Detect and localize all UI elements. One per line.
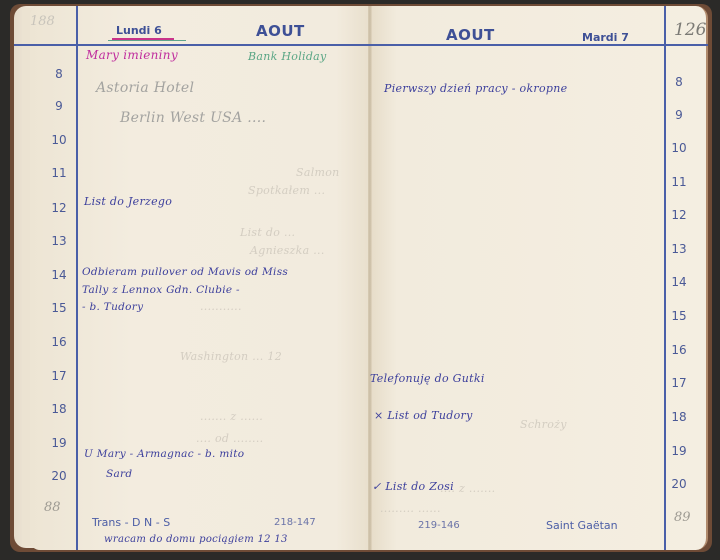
left-margin-rule (76, 6, 78, 550)
hour-label: 13 (664, 242, 694, 256)
left-footer-day-count: 218-147 (274, 517, 316, 528)
left-month-label: AOUT (256, 22, 305, 40)
bleedthrough-text: Spotkałem ... (248, 184, 325, 197)
top-page-number: 126 (674, 20, 706, 40)
left-day-label: Lundi 6 (116, 24, 162, 37)
hour-label: 20 (44, 469, 74, 483)
hour-label: 11 (664, 175, 694, 189)
entry-tudory: - b. Tudory (82, 301, 143, 313)
entry-bank-holiday: Bank Holiday (248, 50, 327, 63)
hour-label: 12 (44, 201, 74, 215)
bleedthrough-text: Washington ... 12 (180, 350, 282, 363)
entry-lennox-club: Tally z Lennox Gdn. Clubie - (82, 284, 240, 296)
right-corner-page-number: 89 (674, 510, 691, 525)
left-corner-page-number: 88 (44, 500, 61, 515)
hour-label: 13 (44, 234, 74, 248)
left-corner-ghost: 188 (30, 14, 55, 29)
entry-list-do-zosi: ✓ List do Zosi (372, 480, 454, 493)
bleedthrough-text: ....... z ...... (200, 410, 263, 423)
hour-label: 14 (664, 275, 694, 289)
right-footer-day-count: 219-146 (418, 520, 460, 531)
hour-label: 18 (44, 402, 74, 416)
entry-odbieram-pullover: Odbieram pullover od Mavis od Miss (82, 266, 288, 278)
hour-label: 12 (664, 208, 694, 222)
bleedthrough-text: Salmon (296, 166, 340, 179)
hour-label: 17 (44, 369, 74, 383)
entry-sard: Sard (106, 468, 132, 480)
hour-label: 20 (664, 477, 694, 491)
hour-label: 8 (664, 75, 694, 89)
book-gutter (368, 6, 372, 550)
left-page (30, 6, 370, 550)
hour-label: 14 (44, 268, 74, 282)
entry-u-mary-armagnac: U Mary - Armagnac - b. mito (84, 448, 244, 460)
bleedthrough-text: Agnieszka ... (250, 244, 325, 257)
entry-list-od-tudory: × List od Tudory (374, 409, 473, 422)
entry-list-do-jerzego: List do Jerzego (84, 195, 172, 208)
right-footer-saint: Saint Gaëtan (546, 519, 618, 532)
hour-label: 15 (44, 301, 74, 315)
hour-label: 16 (664, 343, 694, 357)
entry-telefonuje-do-gutki: Telefonuję do Gutki (370, 372, 485, 385)
bleedthrough-text: .... od ........ (196, 432, 263, 445)
hour-label: 15 (664, 309, 694, 323)
entry-wracam-do-domu: wracam do domu pociągiem 12 13 (104, 534, 288, 545)
hour-label: 19 (664, 444, 694, 458)
hour-label: 8 (44, 67, 74, 81)
bleedthrough-text: ......... ...... (380, 502, 441, 515)
hour-label: 18 (664, 410, 694, 424)
hour-label: 19 (44, 436, 74, 450)
left-footer-code: Trans - D N - S (92, 516, 170, 529)
hour-label: 9 (44, 99, 74, 113)
entry-pierwszy-dzien-pracy: Pierwszy dzień pracy - okropne (384, 82, 567, 95)
bleedthrough-text: ........... (200, 300, 242, 313)
hour-label: 17 (664, 376, 694, 390)
hour-label: 11 (44, 166, 74, 180)
entry-mary-imieniny: Mary imieniny (86, 48, 178, 62)
header-rule (14, 44, 708, 46)
right-day-label: Mardi 7 (582, 31, 629, 44)
hour-label: 10 (664, 141, 694, 155)
bleedthrough-text: List do ... (240, 226, 295, 239)
entry-berlin-west: Berlin West USA .... (120, 110, 266, 126)
entry-astoria-hotel: Astoria Hotel (96, 80, 194, 96)
hour-label: 16 (44, 335, 74, 349)
hour-label: 9 (664, 108, 694, 122)
hour-label: 10 (44, 133, 74, 147)
day-underline-green (108, 40, 186, 41)
right-month-label: AOUT (446, 26, 495, 44)
bleedthrough-text: Schroży (520, 418, 567, 431)
